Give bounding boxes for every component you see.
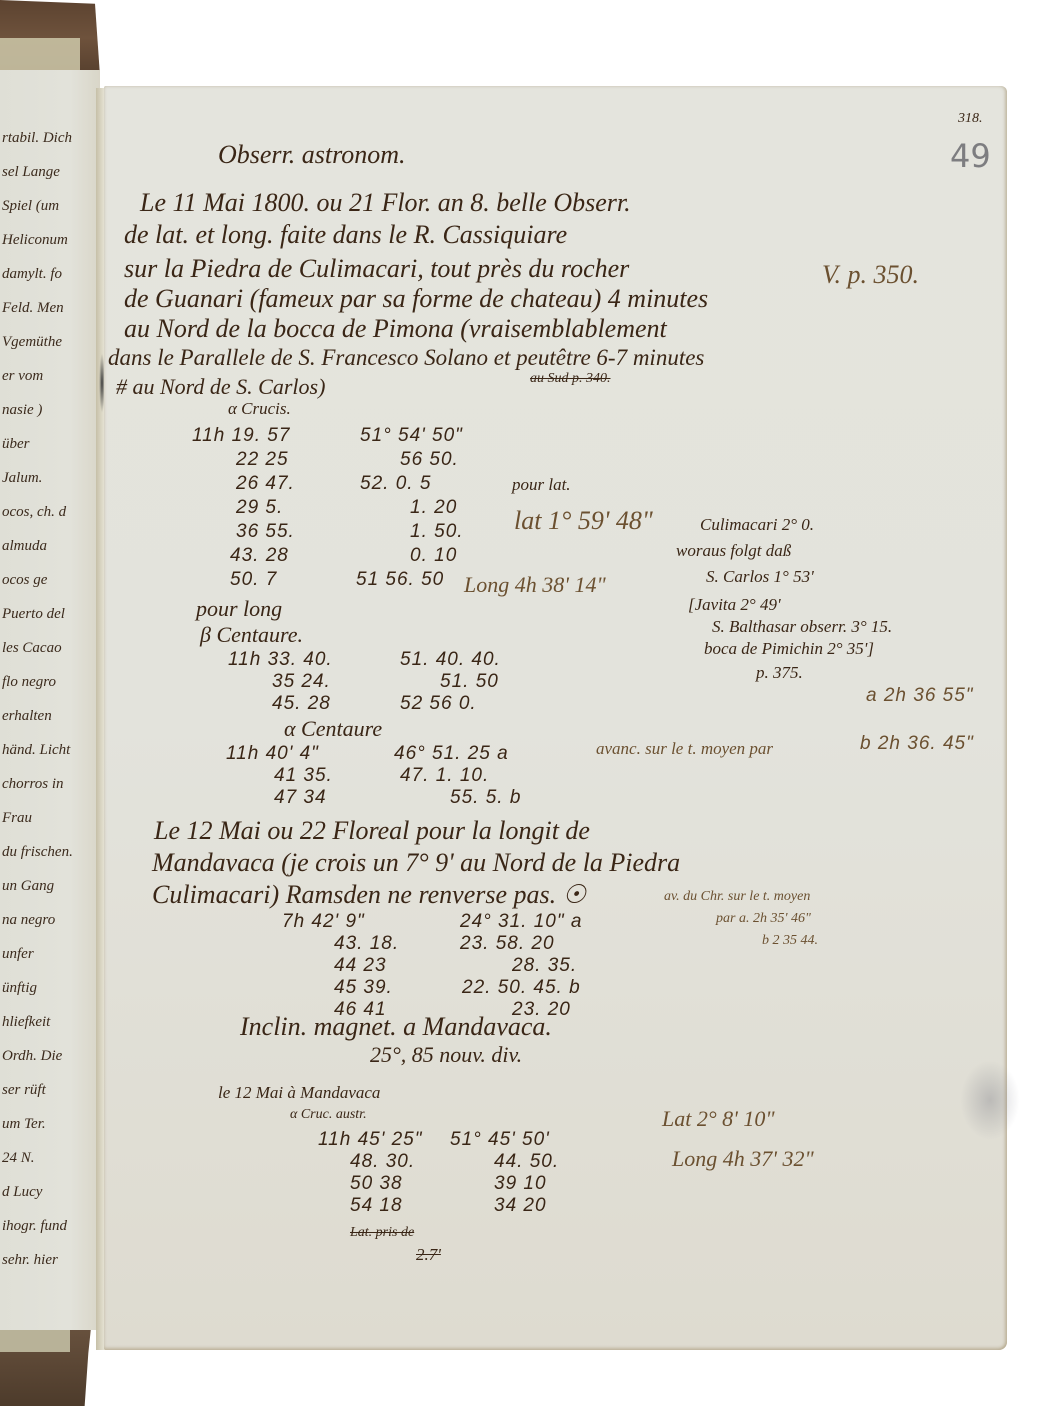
left-page-line: ser rüft	[2, 1082, 46, 1099]
obs-time: 43. 18.	[334, 934, 399, 953]
obs-time: 7h 42' 9"	[282, 912, 365, 931]
obs-altitude: 46° 51. 25 a	[394, 744, 509, 763]
left-page-line: Ordh. Die	[2, 1048, 62, 1065]
obs-altitude: 56 50.	[400, 450, 459, 469]
obs-time: 11h 33. 40.	[228, 650, 333, 669]
left-page-line: ocos ge	[2, 572, 47, 589]
obs-altitude: 51. 40. 40.	[400, 650, 501, 669]
obs-altitude: 51. 50	[440, 672, 499, 691]
obs-altitude: 44. 50.	[494, 1152, 559, 1171]
star-label: α Centaure	[284, 718, 382, 740]
obs-time: 50. 7	[230, 570, 277, 589]
left-page-line: Jalum.	[2, 470, 42, 487]
intro-line: dans le Parallele de S. Francesco Solano…	[108, 346, 704, 369]
obs-time: 41 35.	[274, 766, 333, 785]
chronometer-note: par a. 2h 35' 46"	[716, 912, 811, 926]
side-note: boca de Pimichin 2° 35']	[704, 640, 874, 657]
obs-time: 48. 30.	[350, 1152, 415, 1171]
left-page-fragment: rtabil. Dichsel LangeSpiel (umHeliconumd…	[0, 70, 100, 1330]
obs-altitude: 52. 0. 5	[360, 474, 431, 493]
obs-altitude: 39 10	[494, 1174, 547, 1193]
side-note: S. Carlos 1° 53'	[706, 568, 814, 585]
struck-note: Lat. pris de	[350, 1226, 414, 1240]
side-note: p. 375.	[756, 664, 803, 681]
obs-altitude: 55. 5. b	[450, 788, 521, 807]
obs-altitude: 51° 45' 50'	[450, 1130, 550, 1149]
magnet-value: 25°, 85 nouv. div.	[370, 1044, 522, 1066]
left-page-line: sel Lange	[2, 164, 60, 181]
obs-time: 36 55.	[236, 522, 295, 541]
obs-time: 45 39.	[334, 978, 393, 997]
stain	[960, 1060, 1020, 1140]
obs-time: 26 47.	[236, 474, 295, 493]
obs-time: 29 5.	[236, 498, 283, 517]
page-heading: Obserr. astronom.	[218, 142, 406, 168]
obs-time: 22 25	[236, 450, 289, 469]
obs-altitude: 24° 31. 10" a	[460, 912, 582, 931]
obs-time: 54 18	[350, 1196, 403, 1215]
obs-time: 47 34	[274, 788, 327, 807]
left-page-line: Puerto del	[2, 606, 65, 623]
obs-altitude: 1. 20	[410, 498, 457, 517]
obs-altitude: 51 56. 50	[356, 570, 444, 589]
intro-line: de Guanari (fameux par sa forme de chate…	[124, 286, 708, 312]
left-page-line: flo negro	[2, 674, 56, 691]
obs-altitude: 0. 10	[410, 546, 457, 565]
may12-line: Culimacari) Ramsden ne renverse pas. ☉	[152, 882, 586, 908]
star-label: β Centaure.	[200, 624, 303, 646]
obs-time: 11h 45' 25"	[318, 1130, 423, 1149]
left-page-line: unfer	[2, 946, 34, 963]
left-page-line: Vgemüthe	[2, 334, 62, 351]
left-page-line: über	[2, 436, 30, 453]
obs-time: 35 24.	[272, 672, 331, 691]
intro-line: sur la Piedra de Culimacari, tout près d…	[124, 256, 629, 282]
book-binding-bottom	[0, 1318, 92, 1406]
obs-time: 11h 40' 4"	[226, 744, 319, 763]
long-result: Long 4h 37' 32"	[672, 1148, 814, 1170]
obs-time: 43. 28	[230, 546, 289, 565]
left-page-line: rtabil. Dich	[2, 130, 72, 147]
left-page-line: damylt. fo	[2, 266, 62, 283]
left-page-line: erhalten	[2, 708, 52, 725]
chronometer-note: av. du Chr. sur le t. moyen	[664, 890, 810, 904]
obs-altitude: 51° 54' 50"	[360, 426, 463, 445]
left-page-line: 24 N.	[2, 1150, 35, 1167]
obs-altitude: 22. 50. 45. b	[462, 978, 581, 997]
side-note: S. Balthasar obserr. 3° 15.	[712, 618, 892, 635]
folio-number: 318.	[958, 112, 983, 126]
intro-line: # au Nord de S. Carlos)	[116, 376, 325, 398]
left-page-line: ocos, ch. d	[2, 504, 66, 521]
pour-long-label: pour long	[196, 598, 282, 620]
struck-note: au Sud p. 340.	[530, 372, 611, 386]
obs-time: 45. 28	[272, 694, 331, 713]
left-page-line: ünftig	[2, 980, 37, 997]
may12-line: Mandavaca (je crois un 7° 9' au Nord de …	[152, 850, 680, 876]
left-page-line: na negro	[2, 912, 55, 929]
left-page-line: d Lucy	[2, 1184, 42, 1201]
obs-altitude: 52 56 0.	[400, 694, 477, 713]
left-page-line: händ. Licht	[2, 742, 70, 759]
left-page-line: un Gang	[2, 878, 54, 895]
obs-time: 44 23	[334, 956, 387, 975]
long-result: Long 4h 38' 14"	[464, 574, 606, 596]
left-page-line: ihogr. fund	[2, 1218, 67, 1235]
clock-note-b: b 2h 36. 45"	[860, 734, 974, 753]
obs-altitude: 23. 58. 20	[460, 934, 555, 953]
struck-value: 2.7'	[416, 1246, 441, 1263]
section-title: le 12 Mai à Mandavaca	[218, 1084, 380, 1101]
lat-result: lat 1° 59' 48"	[514, 508, 653, 534]
intro-line: de lat. et long. faite dans le R. Cassiq…	[124, 222, 567, 248]
left-page-line: du frischen.	[2, 844, 73, 861]
left-page-line: chorros in	[2, 776, 64, 793]
left-page-line: almuda	[2, 538, 47, 555]
left-page-line: hliefkeit	[2, 1014, 50, 1031]
obs-altitude: 47. 1. 10.	[400, 766, 489, 785]
lat-result: Lat 2° 8' 10"	[662, 1108, 775, 1130]
chronometer-note: b 2 35 44.	[762, 934, 818, 948]
clock-note: avanc. sur le t. moyen par	[596, 740, 773, 757]
intro-line: Le 11 Mai 1800. ou 21 Flor. an 8. belle …	[140, 190, 631, 216]
left-page-line: nasie )	[2, 402, 42, 419]
obs-time: 11h 19. 57	[192, 426, 290, 445]
pour-lat-label: pour lat.	[512, 476, 571, 493]
star-label: α Cruc. austr.	[290, 1108, 367, 1122]
intro-line: au Nord de la bocca de Pimona (vraisembl…	[124, 316, 667, 342]
magnet-inclination: Inclin. magnet. a Mandavaca.	[240, 1014, 552, 1040]
obs-altitude: 28. 35.	[512, 956, 577, 975]
may12-line: Le 12 Mai ou 22 Floreal pour la longit d…	[154, 818, 590, 844]
obs-altitude: 1. 50.	[410, 522, 464, 541]
obs-time: 50 38	[350, 1174, 403, 1193]
left-page-line: Heliconum	[2, 232, 68, 249]
obs-altitude: 34 20	[494, 1196, 547, 1215]
cross-reference: V. p. 350.	[822, 262, 919, 288]
left-page-line: um Ter.	[2, 1116, 46, 1133]
star-label: α Crucis.	[228, 400, 291, 417]
left-page-line: Feld. Men	[2, 300, 64, 317]
side-note: woraus folgt daß	[676, 542, 791, 559]
left-page-line: Spiel (um	[2, 198, 59, 215]
left-page-line: Frau	[2, 810, 32, 827]
left-page-line: er vom	[2, 368, 43, 385]
left-page-line: les Cacao	[2, 640, 62, 657]
side-note: Culimacari 2° 0.	[700, 516, 814, 533]
pencil-mark: 49	[950, 140, 991, 172]
clock-note-a: a 2h 36 55"	[866, 686, 974, 705]
left-page-line: sehr. hier	[2, 1252, 58, 1269]
side-note: [Javita 2° 49'	[688, 596, 781, 613]
